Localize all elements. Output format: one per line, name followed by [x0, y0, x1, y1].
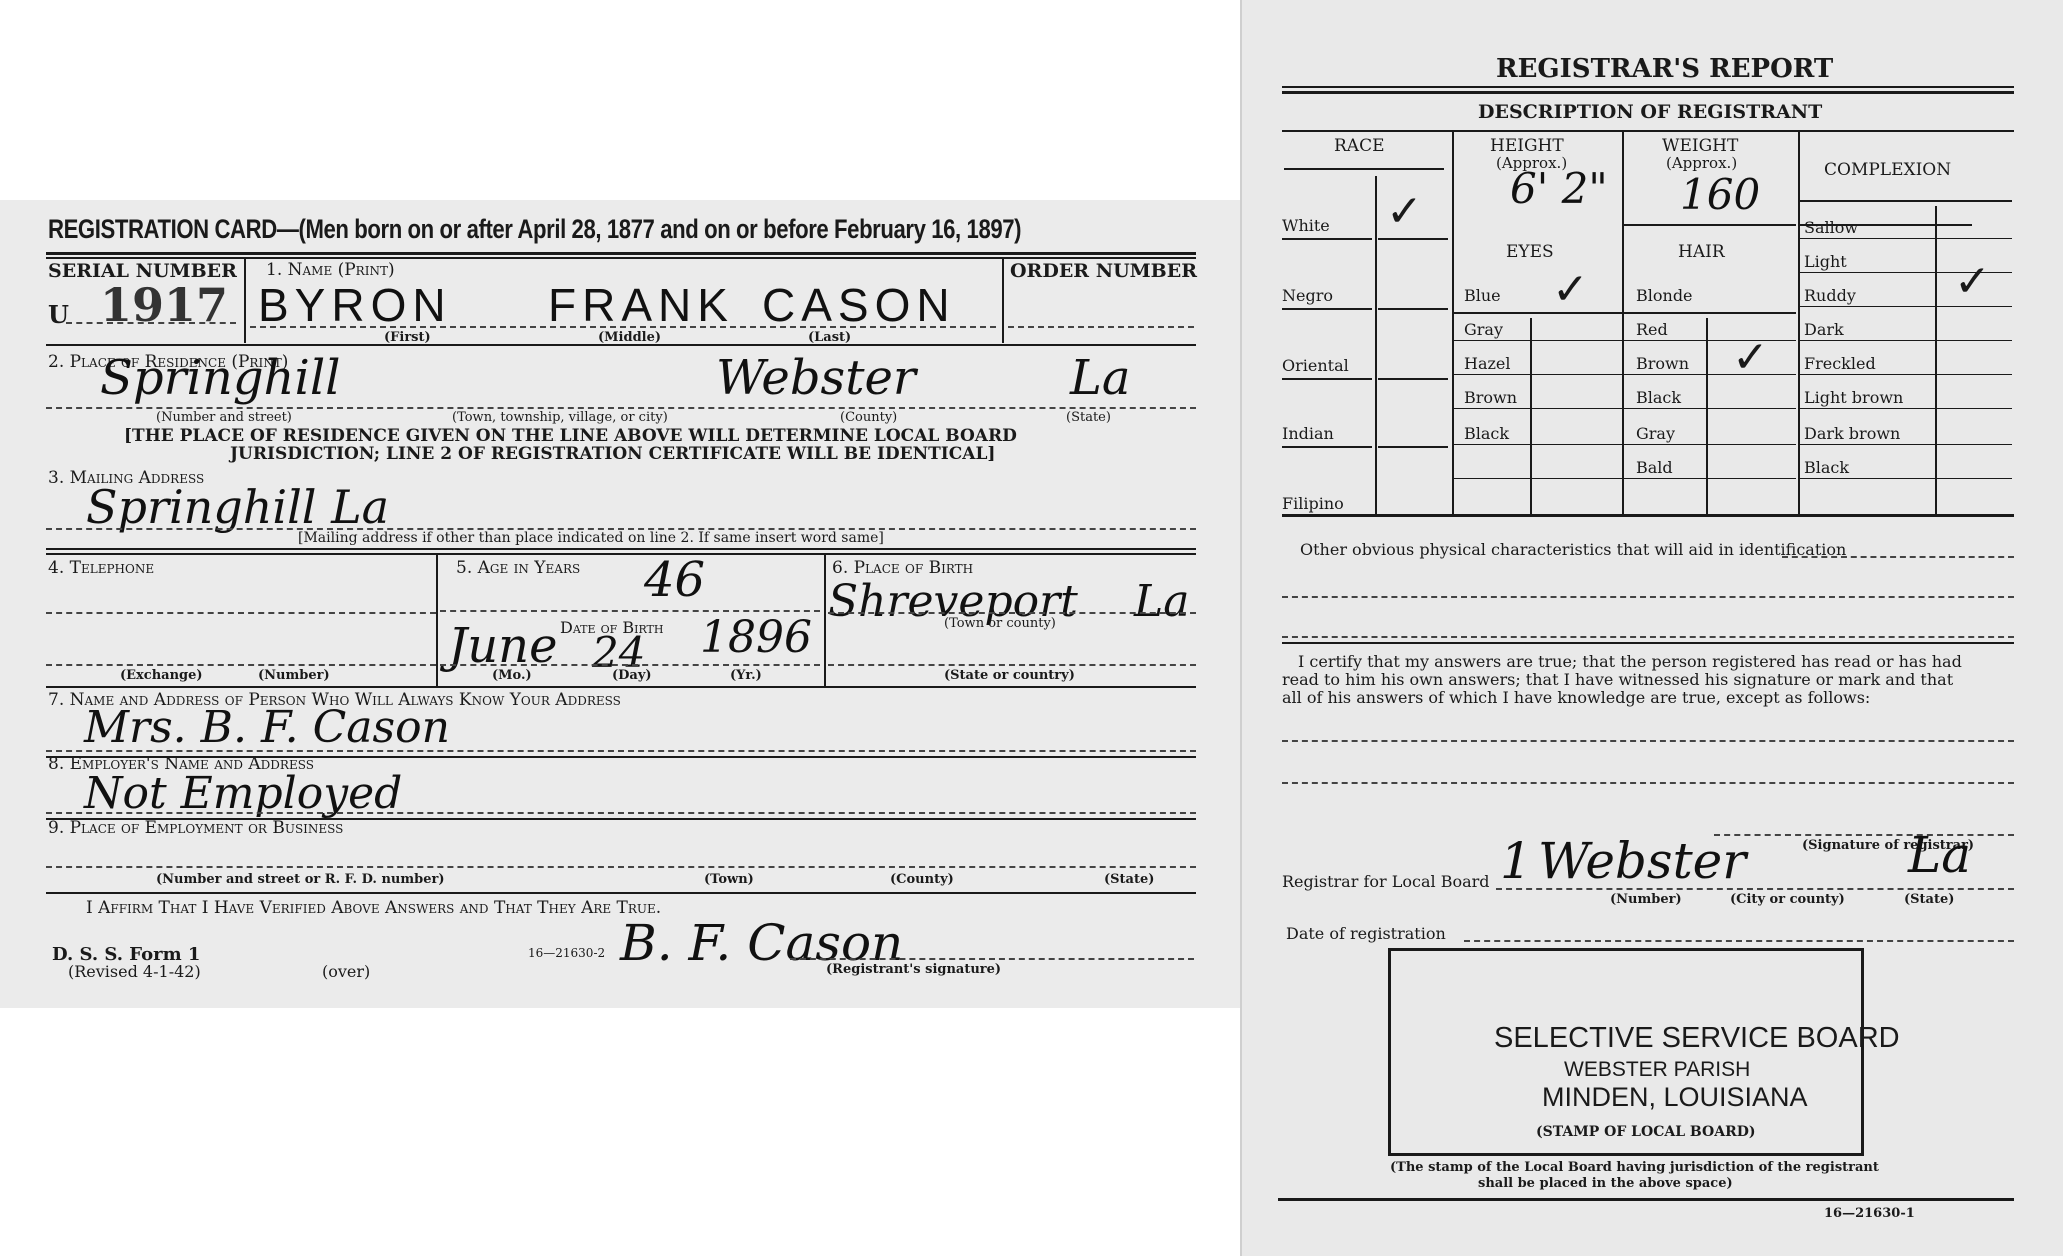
- stamp-line-2: WEBSTER PARISH: [1564, 1058, 1750, 1082]
- divider: [1282, 86, 2014, 88]
- local-board-caption-state: (State): [1904, 892, 1954, 907]
- divider: [46, 548, 1196, 550]
- divider: [1282, 446, 1372, 448]
- residence-caption-town: (Town, township, village, or city): [452, 410, 668, 425]
- hair-option-black: Black: [1636, 388, 1681, 407]
- race-option-filipino: Filipino: [1282, 494, 1344, 513]
- hair-option-blonde: Blonde: [1636, 286, 1693, 305]
- complexion-option-dark-brown: Dark brown: [1804, 424, 1900, 443]
- report-form-code: 16—21630-1: [1824, 1206, 1915, 1221]
- local-board-city-value[interactable]: Webster: [1538, 832, 1746, 890]
- name-first-caption: (First): [384, 330, 431, 345]
- eyes-option-brown: Brown: [1464, 388, 1517, 407]
- divider: [1800, 272, 2012, 273]
- divider: [1800, 374, 2012, 375]
- hair-option-gray: Gray: [1636, 424, 1675, 443]
- complexion-option-black: Black: [1804, 458, 1849, 477]
- employment-caption-state: (State): [1104, 872, 1154, 887]
- divider: [46, 252, 1196, 255]
- height-header: HEIGHT: [1490, 136, 1564, 156]
- certify-text-line-1: I certify that my answers are true; that…: [1298, 652, 1962, 671]
- exceptions-line: [1282, 782, 2014, 784]
- divider: [436, 554, 438, 686]
- divider: [1378, 446, 1448, 448]
- divider: [46, 257, 1196, 259]
- birthplace-caption-state: (State or country): [944, 668, 1075, 683]
- divider: [1454, 444, 1796, 445]
- residence-notice-line-1: [THE PLACE OF RESIDENCE GIVEN ON THE LIN…: [124, 426, 1017, 446]
- employment-caption-town: (Town): [704, 872, 754, 887]
- card-title: REGISTRATION CARD—(Men born on or after …: [48, 214, 1021, 245]
- contact-line: [46, 750, 1196, 752]
- divider: [46, 892, 1196, 894]
- employment-place-label: 9. Place of Employment or Business: [48, 818, 343, 838]
- birthplace-line-1: [828, 612, 1196, 614]
- name-line: [250, 326, 996, 328]
- local-board-caption-city: (City or county): [1730, 892, 1845, 907]
- local-board-line: [1496, 888, 2014, 890]
- other-characteristics-line: [1282, 596, 2014, 598]
- dob-year-value[interactable]: 1896: [700, 612, 812, 663]
- residence-notice-line-2: JURISDICTION; LINE 2 OF REGISTRATION CER…: [230, 444, 995, 464]
- telephone-line-2: [46, 664, 436, 666]
- divider: [1800, 238, 2012, 239]
- divider: [1378, 308, 1448, 310]
- divider: [1002, 258, 1004, 343]
- divider: [1452, 132, 1454, 514]
- age-label: 5. Age in Years: [456, 558, 580, 578]
- hair-header: HAIR: [1678, 242, 1725, 262]
- stamp-line-1: SELECTIVE SERVICE BOARD: [1494, 1022, 1900, 1055]
- divider: [244, 258, 246, 343]
- exceptions-line: [1282, 740, 2014, 742]
- race-header: RACE: [1334, 136, 1385, 156]
- birthplace-line-2: [828, 664, 1196, 666]
- local-board-state-value[interactable]: La: [1908, 826, 1971, 884]
- signature-caption: (Registrant's signature): [826, 962, 1001, 977]
- race-option-negro: Negro: [1282, 286, 1333, 305]
- telephone-caption-exchange: (Exchange): [120, 668, 203, 683]
- eyes-option-hazel: Hazel: [1464, 354, 1511, 373]
- race-option-indian: Indian: [1282, 424, 1334, 443]
- divider: [1800, 408, 2012, 409]
- divider: [1282, 514, 2014, 517]
- name-last-caption: (Last): [808, 330, 851, 345]
- residence-town-value[interactable]: Springhill: [100, 350, 341, 406]
- residence-line: [46, 407, 1196, 409]
- other-characteristics-label: Other obvious physical characteristics t…: [1300, 540, 1846, 559]
- residence-county-value[interactable]: Webster: [716, 350, 916, 406]
- certify-text-line-2: read to him his own answers; that I have…: [1282, 670, 1953, 689]
- divider: [1375, 176, 1377, 514]
- stamp-line-3: MINDEN, LOUISIANA: [1542, 1082, 1808, 1113]
- divider: [1282, 642, 2014, 644]
- complexion-option-light-brown: Light brown: [1804, 388, 1903, 407]
- residence-state-value[interactable]: La: [1070, 350, 1131, 406]
- other-characteristics-line: [1282, 636, 2014, 638]
- complexion-option-dark: Dark: [1804, 320, 1844, 339]
- eyes-option-gray: Gray: [1464, 320, 1503, 339]
- age-value[interactable]: 46: [644, 552, 705, 608]
- race-option-oriental: Oriental: [1282, 356, 1349, 375]
- stamp-note-line-2: shall be placed in the above space): [1478, 1176, 1733, 1191]
- divider: [1282, 130, 2014, 132]
- divider: [1454, 408, 1796, 409]
- mailing-caption: [Mailing address if other than place ind…: [298, 530, 884, 546]
- eyes-blue-check-mark[interactable]: ✓: [1552, 268, 1589, 312]
- divider: [1378, 238, 1448, 240]
- complexion-option-freckled: Freckled: [1804, 354, 1876, 373]
- eyes-option-black: Black: [1464, 424, 1509, 443]
- stamp-note-line-1: (The stamp of the Local Board having jur…: [1390, 1160, 1879, 1175]
- divider: [1454, 478, 1796, 479]
- divider: [1378, 378, 1448, 380]
- residence-caption-street: (Number and street): [156, 410, 292, 425]
- form-code: 16—21630-2: [528, 946, 605, 960]
- stamp-caption: (STAMP OF LOCAL BOARD): [1536, 1124, 1755, 1140]
- weight-value[interactable]: 160: [1680, 170, 1760, 219]
- local-board-caption-number: (Number): [1610, 892, 1682, 907]
- dob-caption-day: (Day): [612, 668, 652, 683]
- race-option-white: White: [1282, 216, 1330, 235]
- weight-header: WEIGHT: [1662, 136, 1738, 156]
- birthplace-label: 6. Place of Birth: [832, 558, 973, 578]
- hair-option-brown: Brown: [1636, 354, 1689, 373]
- divider: [1282, 378, 1372, 380]
- complexion-option-sallow: Sallow: [1804, 218, 1858, 237]
- complexion-ruddy-check-mark[interactable]: ✓: [1954, 260, 1991, 304]
- eyes-option-blue: Blue: [1464, 286, 1501, 305]
- divider: [1800, 340, 2012, 341]
- complexion-option-ruddy: Ruddy: [1804, 286, 1856, 305]
- report-title: REGISTRAR'S REPORT: [1496, 54, 1833, 84]
- divider: [1278, 1198, 2014, 1201]
- employment-line: [46, 866, 1196, 868]
- signature-line: [790, 958, 1194, 960]
- mailing-address-value[interactable]: Springhill La: [86, 480, 389, 534]
- date-of-registration-label: Date of registration: [1286, 924, 1446, 943]
- eyes-header: EYES: [1506, 242, 1554, 262]
- name-last-value[interactable]: CASON: [762, 278, 956, 332]
- height-value[interactable]: 6' 2": [1510, 164, 1608, 213]
- serial-prefix: U: [48, 300, 69, 329]
- registration-card: REGISTRATION CARD—(Men born on or after …: [0, 200, 1240, 1008]
- divider: [1800, 444, 2012, 445]
- local-board-label: Registrar for Local Board: [1282, 872, 1490, 891]
- telephone-caption-number: (Number): [258, 668, 330, 683]
- divider: [1454, 312, 1796, 314]
- birthplace-state-value[interactable]: La: [1134, 576, 1189, 627]
- complexion-header: COMPLEXION: [1824, 160, 1951, 180]
- divider: [1282, 91, 2014, 94]
- divider: [1706, 318, 1708, 514]
- telephone-label: 4. Telephone: [48, 558, 154, 578]
- other-characteristics-line: [1782, 556, 2014, 558]
- dob-caption-year: (Yr.): [730, 668, 762, 683]
- divider: [1935, 206, 1937, 514]
- complexion-option-light: Light: [1804, 252, 1847, 271]
- date-of-registration-line: [1464, 940, 2014, 942]
- divider: [1800, 478, 2012, 479]
- divider: [1622, 132, 1624, 514]
- dob-line: [440, 664, 820, 666]
- order-number-label: ORDER NUMBER: [1010, 260, 1197, 282]
- divider: [1284, 168, 1444, 170]
- divider: [1530, 318, 1532, 514]
- serial-number-value[interactable]: 1917: [100, 278, 228, 332]
- divider: [1282, 308, 1372, 310]
- local-board-number-value[interactable]: 1: [1500, 832, 1532, 890]
- affirmation-text: I Affirm That I Have Verified Above Answ…: [86, 898, 661, 918]
- divider: [1624, 224, 1796, 226]
- telephone-line-1: [46, 612, 436, 614]
- employer-line: [46, 812, 1196, 814]
- divider: [46, 344, 1196, 346]
- over-note: (over): [322, 962, 370, 981]
- divider: [1454, 340, 1796, 341]
- divider: [1800, 306, 2012, 307]
- residence-caption-county: (County): [840, 410, 897, 425]
- birthplace-caption-town: (Town or county): [944, 616, 1056, 631]
- name-middle-caption: (Middle): [598, 330, 661, 345]
- report-subtitle: DESCRIPTION OF REGISTRANT: [1478, 101, 1822, 123]
- form-revised: (Revised 4-1-42): [68, 962, 201, 981]
- residence-caption-state: (State): [1066, 410, 1111, 425]
- name-label: 1. Name (Print): [266, 260, 395, 280]
- employment-caption-street: (Number and street or R. F. D. number): [156, 872, 444, 887]
- divider: [1282, 238, 1372, 240]
- divider: [824, 554, 826, 686]
- divider: [1800, 200, 2012, 202]
- divider: [1454, 374, 1796, 375]
- divider: [46, 553, 1196, 555]
- dob-caption-month: (Mo.): [492, 668, 532, 683]
- hair-option-red: Red: [1636, 320, 1668, 339]
- contact-value[interactable]: Mrs. B. F. Cason: [84, 702, 450, 753]
- race-white-check-mark[interactable]: ✓: [1386, 190, 1423, 234]
- registrars-report: REGISTRAR'S REPORT DESCRIPTION OF REGIST…: [1240, 0, 2063, 1256]
- divider: [1798, 132, 1800, 514]
- name-first-value[interactable]: BYRON: [258, 278, 452, 332]
- divider: [46, 686, 1196, 688]
- employment-caption-county: (County): [890, 872, 954, 887]
- certify-text-line-3: all of his answers of which I have knowl…: [1282, 688, 1870, 707]
- hair-option-bald: Bald: [1636, 458, 1673, 477]
- order-number-line: [1008, 326, 1194, 328]
- name-middle-value[interactable]: FRANK: [548, 278, 734, 332]
